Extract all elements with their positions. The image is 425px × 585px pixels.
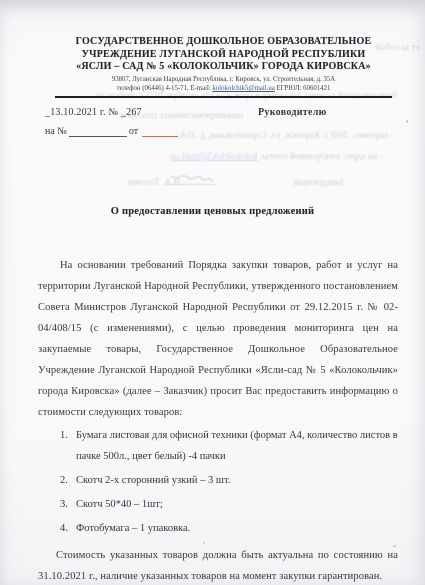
addressee: Руководителю (258, 107, 327, 118)
closing-paragraph: Стоимость указанных товаров должна быть … (38, 545, 398, 585)
letterhead: ГОСУДАРСТВЕННОЕ ДОШКОЛЬНОЕ ОБРАЗОВАТЕЛЬН… (55, 36, 392, 93)
item-text: Скотч 2-х сторонний узкий – 3 шт. (76, 471, 398, 492)
from-label: от (129, 126, 138, 137)
item-text: Бумага листовая для офисной техники (фор… (76, 426, 398, 467)
list-item: 2. Скотч 2-х сторонний узкий – 3 шт. (60, 471, 398, 492)
org-contact: телефон (06446) 4-15-71, E-mail: kolokol… (55, 85, 392, 93)
scanned-letter-page: ет за собой безвозмездной основе) Заказч… (0, 0, 425, 585)
on-number-label: на № (45, 126, 67, 137)
date-blank-underline (142, 126, 178, 137)
scan-speck (393, 545, 396, 547)
org-name-line-3: «ЯСЛИ – САД № 5 «КОЛОКОЛЬЧИК» ГОРОДА КИР… (55, 61, 392, 74)
list-item: 1. Бумага листовая для офисной техники (… (60, 426, 398, 467)
item-number: 1. (60, 426, 76, 467)
item-number: 4. (60, 519, 76, 540)
org-name-line-2: УЧРЕЖДЕНИЕ ЛУГАНСКОЙ НАРОДНОЙ РЕСПУБЛИКИ (55, 49, 392, 62)
body-paragraph: На основании требований Порядка закупки … (38, 255, 398, 423)
item-text: Скотч 50*40 – 1шт; (76, 495, 398, 516)
list-item: 4. Фотобумага – 1 упаковка. (60, 519, 398, 540)
list-item: 3. Скотч 50*40 – 1шт; (60, 495, 398, 516)
incoming-reference-row: на № от (45, 126, 425, 137)
org-contact-suffix: ЕГРЮЛ: 60601421 (275, 85, 331, 92)
item-text: Фотобумага – 1 упаковка. (76, 519, 398, 540)
org-name-line-1: ГОСУДАРСТВЕННОЕ ДОШКОЛЬНОЕ ОБРАЗОВАТЕЛЬН… (55, 36, 392, 49)
goods-list: 1. Бумага листовая для офисной техники (… (60, 426, 398, 539)
item-number: 3. (60, 495, 76, 516)
letter-subject: О предоставлении ценовых предложений (0, 206, 425, 217)
outgoing-date-number: _13.10.2021 г. № _267 (45, 107, 220, 118)
scan-speck (203, 542, 205, 544)
email-link: kolokolchik5@mail.ua (212, 85, 274, 92)
org-address: 93807, Луганская Народная Республика, г.… (55, 76, 392, 84)
reference-row: _13.10.2021 г. № _267 Руководителю (45, 107, 395, 118)
letterhead-rule (55, 96, 392, 98)
item-number: 2. (60, 471, 76, 492)
scan-speck (406, 120, 408, 123)
number-blank-underline (69, 126, 127, 137)
letter-content: ГОСУДАРСТВЕННОЕ ДОШКОЛЬНОЕ ОБРАЗОВАТЕЛЬН… (0, 0, 425, 585)
org-contact-prefix: телефон (06446) 4-15-71, E-mail: (117, 85, 213, 92)
